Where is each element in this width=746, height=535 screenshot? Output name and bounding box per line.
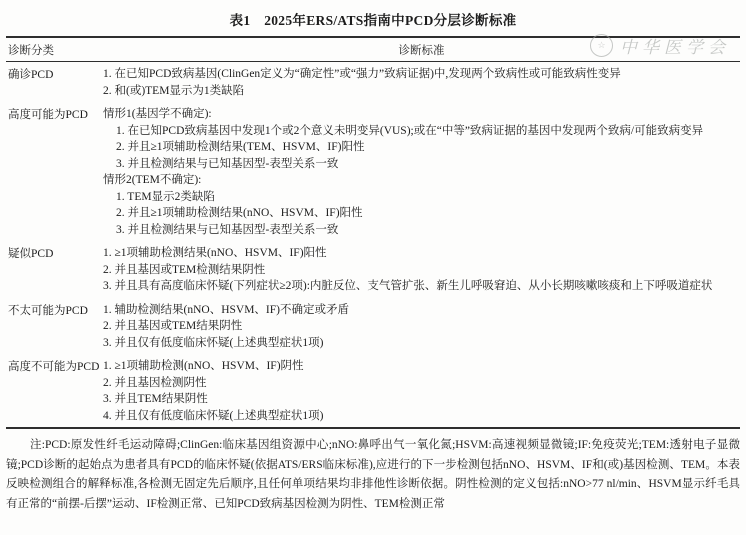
criteria-line: 1. 辅助检测结果(nNO、HSVM、IF)不确定或矛盾 <box>103 302 740 319</box>
diagnosis-table-wrap: 诊断分类 诊断标准 确诊PCD1. 在已知PCD致病基因(ClinGen定义为“… <box>6 36 740 429</box>
table-body: 确诊PCD1. 在已知PCD致病基因(ClinGen定义为“确定性”或“强力”致… <box>6 62 740 429</box>
criteria-line: 3. 并且TEM结果阴性 <box>103 391 740 408</box>
criteria-line: 2. 并且基因或TEM结果阴性 <box>103 318 740 335</box>
table-row: 确诊PCD1. 在已知PCD致病基因(ClinGen定义为“确定性”或“强力”致… <box>6 62 740 103</box>
criteria-line: 3. 并且具有高度临床怀疑(下列症状≥2项):内脏反位、支气管扩张、新生儿呼吸窘… <box>103 278 740 295</box>
criteria-line: 2. 并且≥1项辅助检测结果(TEM、HSVM、IF)阳性 <box>116 139 740 156</box>
criteria-line: 2. 并且≥1项辅助检测结果(nNO、HSVM、IF)阳性 <box>116 205 740 222</box>
criteria-line: 1. ≥1项辅助检测结果(nNO、HSVM、IF)阳性 <box>103 245 740 262</box>
criteria-line: 2. 和(或)TEM显示为1类缺陷 <box>103 83 740 100</box>
criteria-line: 2. 并且基因或TEM检测结果阴性 <box>103 262 740 279</box>
criteria-cell: 1. ≥1项辅助检测(nNO、HSVM、IF)阴性2. 并且基因检测阴性3. 并… <box>103 354 740 428</box>
criteria-line: 1. TEM显示2类缺陷 <box>116 189 740 206</box>
table-title: 表1 2025年ERS/ATS指南中PCD分层诊断标准 <box>0 0 746 29</box>
table-row: 高度不可能为PCD1. ≥1项辅助检测(nNO、HSVM、IF)阴性2. 并且基… <box>6 354 740 428</box>
criteria-cell: 1. 在已知PCD致病基因(ClinGen定义为“确定性”或“强力”致病证据)中… <box>103 62 740 103</box>
category-cell: 疑似PCD <box>6 241 103 298</box>
criteria-cell: 情形1(基因学不确定):1. 在已知PCD致病基因中发现1个或2个意义未明变异(… <box>103 102 740 241</box>
category-cell: 高度可能为PCD <box>6 102 103 241</box>
category-cell: 确诊PCD <box>6 62 103 103</box>
criteria-line: 2. 并且基因检测阴性 <box>103 375 740 392</box>
header-criteria: 诊断标准 <box>103 37 740 62</box>
criteria-line: 1. 在已知PCD致病基因中发现1个或2个意义未明变异(VUS);或在“中等”致… <box>116 123 740 140</box>
table-row: 疑似PCD1. ≥1项辅助检测结果(nNO、HSVM、IF)阳性2. 并且基因或… <box>6 241 740 298</box>
criteria-cell: 1. 辅助检测结果(nNO、HSVM、IF)不确定或矛盾2. 并且基因或TEM结… <box>103 298 740 355</box>
category-cell: 不太可能为PCD <box>6 298 103 355</box>
table-row: 不太可能为PCD1. 辅助检测结果(nNO、HSVM、IF)不确定或矛盾2. 并… <box>6 298 740 355</box>
table-footnote: 注:PCD:原发性纤毛运动障碍;ClinGen:临床基因组资源中心;nNO:鼻呼… <box>6 436 740 514</box>
criteria-line: 情形1(基因学不确定): <box>103 106 740 123</box>
table-header: 诊断分类 诊断标准 <box>6 37 740 62</box>
criteria-line: 1. 在已知PCD致病基因(ClinGen定义为“确定性”或“强力”致病证据)中… <box>103 66 740 83</box>
category-cell: 高度不可能为PCD <box>6 354 103 428</box>
criteria-cell: 1. ≥1项辅助检测结果(nNO、HSVM、IF)阳性2. 并且基因或TEM检测… <box>103 241 740 298</box>
criteria-line: 3. 并且检测结果与已知基因型-表型关系一致 <box>116 222 740 239</box>
criteria-line: 3. 并且检测结果与已知基因型-表型关系一致 <box>116 156 740 173</box>
criteria-line: 3. 并且仅有低度临床怀疑(上述典型症状1项) <box>103 335 740 352</box>
diagnosis-table: 诊断分类 诊断标准 确诊PCD1. 在已知PCD致病基因(ClinGen定义为“… <box>6 36 740 429</box>
criteria-line: 4. 并且仅有低度临床怀疑(上述典型症状1项) <box>103 408 740 425</box>
header-category: 诊断分类 <box>6 37 103 62</box>
criteria-line: 情形2(TEM不确定): <box>103 172 740 189</box>
criteria-line: 1. ≥1项辅助检测(nNO、HSVM、IF)阴性 <box>103 358 740 375</box>
table-row: 高度可能为PCD情形1(基因学不确定):1. 在已知PCD致病基因中发现1个或2… <box>6 102 740 241</box>
